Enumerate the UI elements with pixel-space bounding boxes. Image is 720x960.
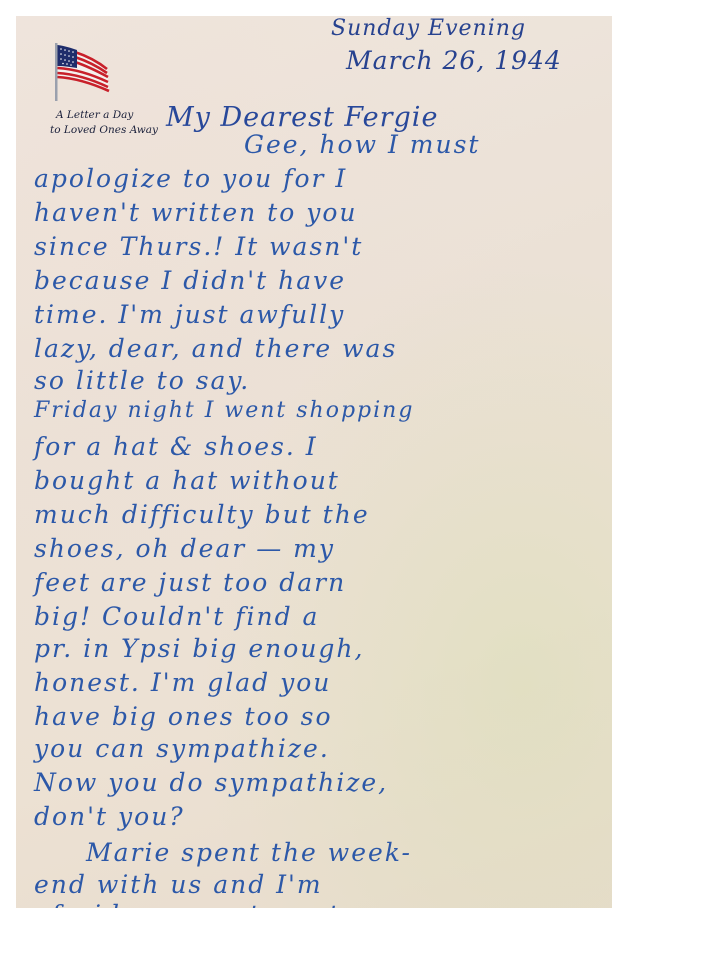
- letter-line: end with us and I'm: [34, 870, 323, 899]
- letter-line: haven't written to you: [34, 198, 358, 227]
- dateline-day: Sunday Evening: [331, 16, 526, 41]
- letter-line: lazy, dear, and there was: [34, 334, 397, 363]
- letter-line: bought a hat without: [34, 466, 340, 495]
- letter-line: honest. I'm glad you: [34, 668, 331, 697]
- letter-line: shoes, oh dear — my: [34, 534, 335, 563]
- letter-line: much difficulty but the: [34, 500, 370, 529]
- letter-line: apologize to you for I: [34, 164, 347, 193]
- letter-line: Friday night I went shopping: [34, 398, 414, 423]
- letter-line: since Thurs.! It wasn't: [34, 232, 363, 261]
- letter-line: for a hat & shoes. I: [34, 432, 318, 461]
- letter-line: afraid we spent most: [34, 900, 340, 908]
- motto-line-1: A Letter a Day: [50, 108, 158, 123]
- letterhead-motto: A Letter a Day to Loved Ones Away: [50, 108, 158, 138]
- letter-line: time. I'm just awfully: [34, 300, 345, 329]
- dateline-date: March 26, 1944: [346, 46, 562, 75]
- letter-page: A Letter a Day to Loved Ones Away Sunday…: [16, 16, 612, 908]
- letter-line: don't you?: [34, 802, 185, 831]
- letter-line: pr. in Ypsi big enough,: [34, 634, 364, 663]
- salutation: My Dearest Fergie: [166, 102, 438, 133]
- letter-line: so little to say.: [34, 366, 250, 395]
- letter-line: Now you do sympathize,: [34, 768, 388, 797]
- american-flag-icon: [53, 41, 111, 103]
- letter-line: because I didn't have: [34, 266, 346, 295]
- letter-line: have big ones too so: [34, 702, 333, 731]
- letter-line: big! Couldn't find a: [34, 602, 319, 631]
- letter-line: Gee, how I must: [244, 130, 480, 159]
- letter-line: feet are just too darn: [34, 568, 346, 597]
- letter-line: you can sympathize.: [34, 734, 330, 763]
- letter-line: Marie spent the week-: [86, 838, 412, 867]
- motto-line-2: to Loved Ones Away: [50, 123, 158, 138]
